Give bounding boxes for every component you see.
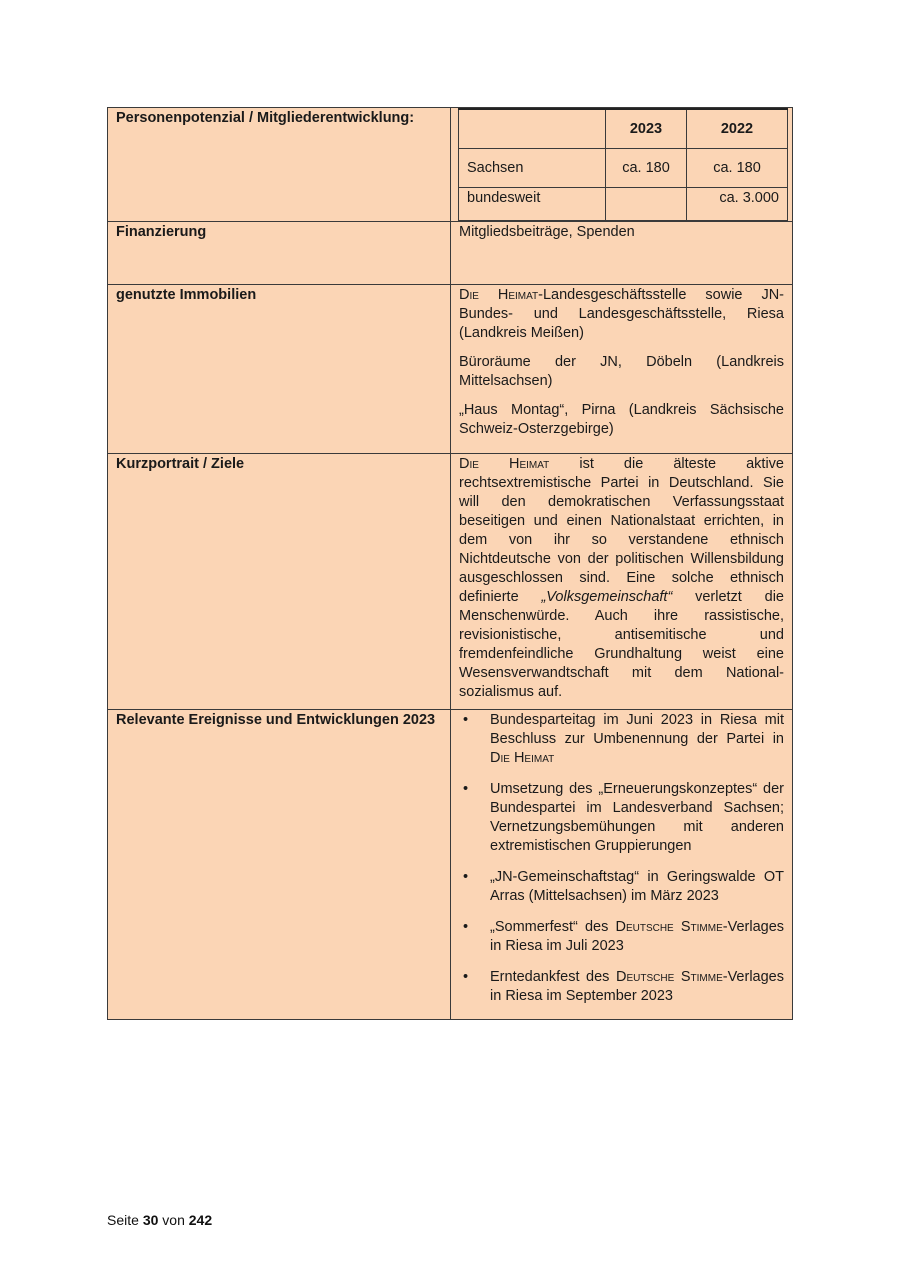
event-item: •„JN-Gemeinschaftstag“ in Geringswalde O…	[459, 868, 784, 906]
label-cell: Relevante Ereignisse und Entwicklungen 2…	[108, 710, 451, 1020]
stats-value-2022: ca. 180	[687, 149, 788, 188]
value-cell: 2023 2022 Sachsen ca. 180 ca. 180 bundes…	[451, 108, 793, 222]
membership-stats-table: 2023 2022 Sachsen ca. 180 ca. 180 bundes…	[458, 108, 788, 221]
property-item: Büroräume der JN, Döbeln (Landkreis Mitt…	[459, 353, 784, 391]
row-personenpotenzial: Personenpotenzial / Mitgliederentwicklun…	[108, 108, 793, 222]
stats-row: bundesweit ca. 3.000	[459, 188, 788, 221]
label-cell: Personenpotenzial / Mitgliederentwicklun…	[108, 108, 451, 222]
page-footer: Seite 30 von 242	[107, 1212, 212, 1228]
row-kurzportrait: Kurzportrait / Ziele Die Heimat ist die …	[108, 454, 793, 710]
bullet-icon: •	[463, 711, 468, 730]
bullet-icon: •	[463, 918, 468, 937]
party-name: Die Heimat	[459, 456, 549, 472]
event-item: •Bundesparteitag im Juni 2023 in Riesa m…	[459, 711, 784, 768]
total-pages: 242	[189, 1212, 212, 1228]
label-cell: Kurzportrait / Ziele	[108, 454, 451, 710]
stats-row: Sachsen ca. 180 ca. 180	[459, 149, 788, 188]
quoted-term: „Volksgemeinschaft“	[541, 589, 672, 605]
stats-header-empty	[459, 109, 606, 149]
label-cell: genutzte Immobilien	[108, 285, 451, 454]
stats-header-2022: 2022	[687, 109, 788, 149]
event-item: •Erntedankfest des Deutsche Stimme-Verla…	[459, 968, 784, 1006]
label-cell: Finanzierung	[108, 222, 451, 285]
bullet-icon: •	[463, 868, 468, 887]
row-immobilien: genutzte Immobilien Die Heimat-Landesges…	[108, 285, 793, 454]
proper-name: Deutsche Stimme	[615, 919, 722, 935]
row-finanzierung: Finanzierung Mitgliedsbeiträge, Spenden	[108, 222, 793, 285]
footer-middle: von	[162, 1212, 185, 1228]
stats-header-row: 2023 2022	[459, 109, 788, 149]
stats-region: bundesweit	[459, 188, 606, 221]
current-page: 30	[143, 1212, 159, 1228]
value-cell: Die Heimat-Landesgeschäftsstelle sowie J…	[451, 285, 793, 454]
bullet-icon: •	[463, 968, 468, 987]
bullet-icon: •	[463, 780, 468, 799]
value-cell: Mitgliedsbeiträge, Spenden	[451, 222, 793, 285]
property-item: Die Heimat-Landesgeschäftsstelle sowie J…	[459, 286, 784, 343]
stats-header-2023: 2023	[606, 109, 687, 149]
stats-value-2022: ca. 3.000	[687, 188, 788, 221]
stats-value-2023: ca. 180	[606, 149, 687, 188]
row-label: Finanzierung	[108, 222, 450, 242]
info-table: Personenpotenzial / Mitgliederentwicklun…	[107, 107, 793, 1020]
row-label: genutzte Immobilien	[108, 285, 450, 305]
value-cell: •Bundesparteitag im Juni 2023 in Riesa m…	[451, 710, 793, 1020]
portrait-text: Die Heimat ist die älteste aktive rechts…	[451, 454, 792, 702]
event-item: •„Sommerfest“ des Deutsche Stimme-Verlag…	[459, 918, 784, 956]
proper-name: Die Heimat	[490, 750, 554, 766]
row-label: Personenpotenzial / Mitgliederentwicklun…	[108, 108, 450, 128]
property-item: „Haus Montag“, Pirna (Landkreis Sächsisc…	[459, 401, 784, 439]
stats-value-2023	[606, 188, 687, 221]
row-ereignisse: Relevante Ereignisse und Entwicklungen 2…	[108, 710, 793, 1020]
proper-name: Deutsche Stimme	[616, 969, 723, 985]
footer-prefix: Seite	[107, 1212, 139, 1228]
row-label: Relevante Ereignisse und Entwicklungen 2…	[108, 710, 450, 730]
party-name: Die Heimat	[459, 287, 538, 303]
value-cell: Die Heimat ist die älteste aktive rechts…	[451, 454, 793, 710]
row-label: Kurzportrait / Ziele	[108, 454, 450, 474]
financing-value: Mitgliedsbeiträge, Spenden	[451, 222, 792, 242]
events-list: •Bundesparteitag im Juni 2023 in Riesa m…	[459, 711, 784, 1006]
stats-region: Sachsen	[459, 149, 606, 188]
event-item: •Umsetzung des „Erneuerungskonzeptes“ de…	[459, 780, 784, 856]
